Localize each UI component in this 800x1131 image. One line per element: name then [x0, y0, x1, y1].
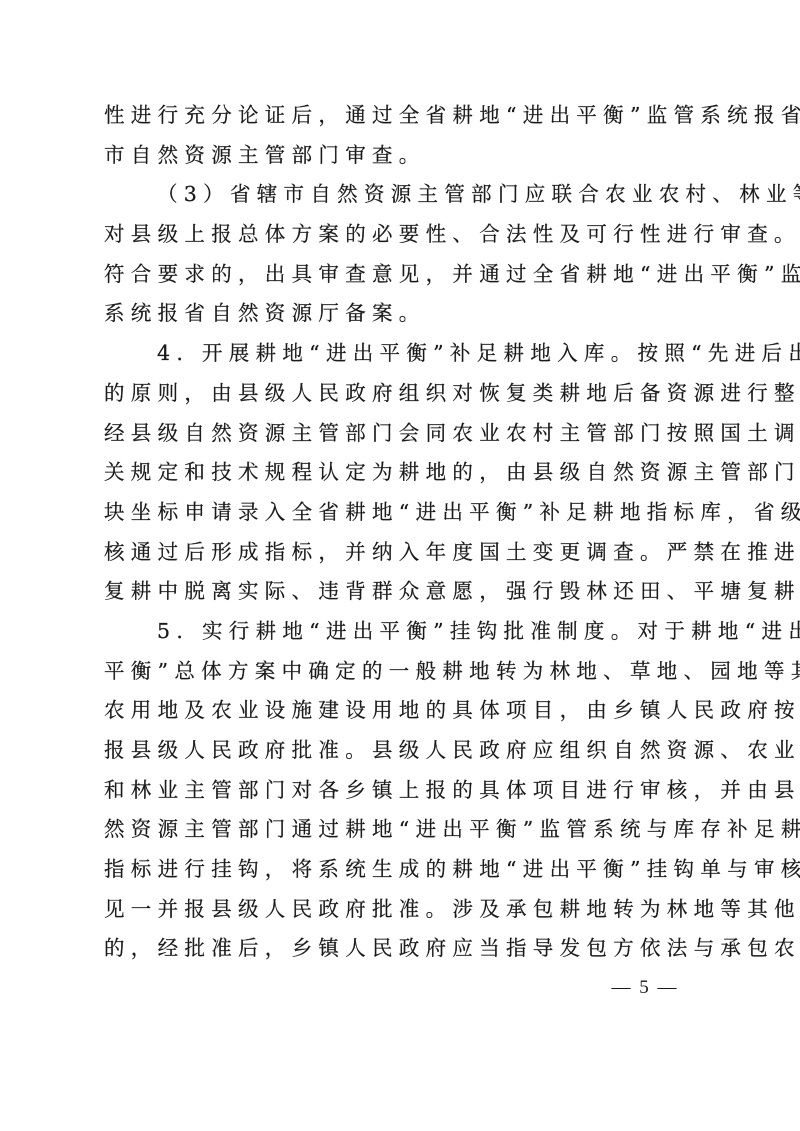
paragraph-start-line: 4. 开展耕地“进出平衡”补足耕地入库。按照“先进后出”	[104, 334, 704, 374]
text-line: 的原则，由县级人民政府组织对恢复类耕地后备资源进行整治，	[104, 374, 704, 414]
text-line: 指标进行挂钩，将系统生成的耕地“进出平衡”挂钩单与审核意	[104, 850, 704, 890]
text-line: 见一并报县级人民政府批准。涉及承包耕地转为林地等其他地类	[104, 890, 704, 930]
text-line: 系统报省自然资源厅备案。	[104, 294, 704, 334]
document-page: 性进行充分论证后，通过全省耕地“进出平衡”监管系统报省辖 市自然资源主管部门审查…	[0, 0, 800, 1131]
text-line: 的，经批准后，乡镇人民政府应当指导发包方依法与承包农户重	[104, 929, 704, 969]
paragraph-start-line: （3）省辖市自然资源主管部门应联合农业农村、林业等部门	[104, 175, 704, 215]
text-line: 关规定和技术规程认定为耕地的，由县级自然资源主管部门带地	[104, 453, 704, 493]
text-line: 市自然资源主管部门审查。	[104, 136, 704, 176]
text-line: 经县级自然资源主管部门会同农业农村主管部门按照国土调查相	[104, 414, 704, 454]
text-line: 报县级人民政府批准。县级人民政府应组织自然资源、农业农村	[104, 731, 704, 771]
text-line: 农用地及农业设施建设用地的具体项目，由乡镇人民政府按程序	[104, 691, 704, 731]
body-text: 性进行充分论证后，通过全省耕地“进出平衡”监管系统报省辖 市自然资源主管部门审查…	[104, 96, 704, 969]
paragraph-start-line: 5. 实行耕地“进出平衡”挂钩批准制度。对于耕地“进出	[104, 612, 704, 652]
text-line: 核通过后形成指标，并纳入年度国土变更调查。严禁在推进土地	[104, 533, 704, 573]
text-line: 然资源主管部门通过耕地“进出平衡”监管系统与库存补足耕地	[104, 810, 704, 850]
text-line: 对县级上报总体方案的必要性、合法性及可行性进行审查。对于	[104, 215, 704, 255]
text-line: 性进行充分论证后，通过全省耕地“进出平衡”监管系统报省辖	[104, 96, 704, 136]
text-line: 平衡”总体方案中确定的一般耕地转为林地、草地、园地等其他	[104, 652, 704, 692]
text-line: 块坐标申请录入全省耕地“进出平衡”补足耕地指标库，省级审	[104, 493, 704, 533]
text-line: 复耕中脱离实际、违背群众意愿，强行毁林还田、平塘复耕。	[104, 572, 704, 612]
text-line: 和林业主管部门对各乡镇上报的具体项目进行审核，并由县级自	[104, 771, 704, 811]
page-number: — 5 —	[600, 977, 690, 999]
text-line: 符合要求的，出具审查意见，并通过全省耕地“进出平衡”监管	[104, 255, 704, 295]
